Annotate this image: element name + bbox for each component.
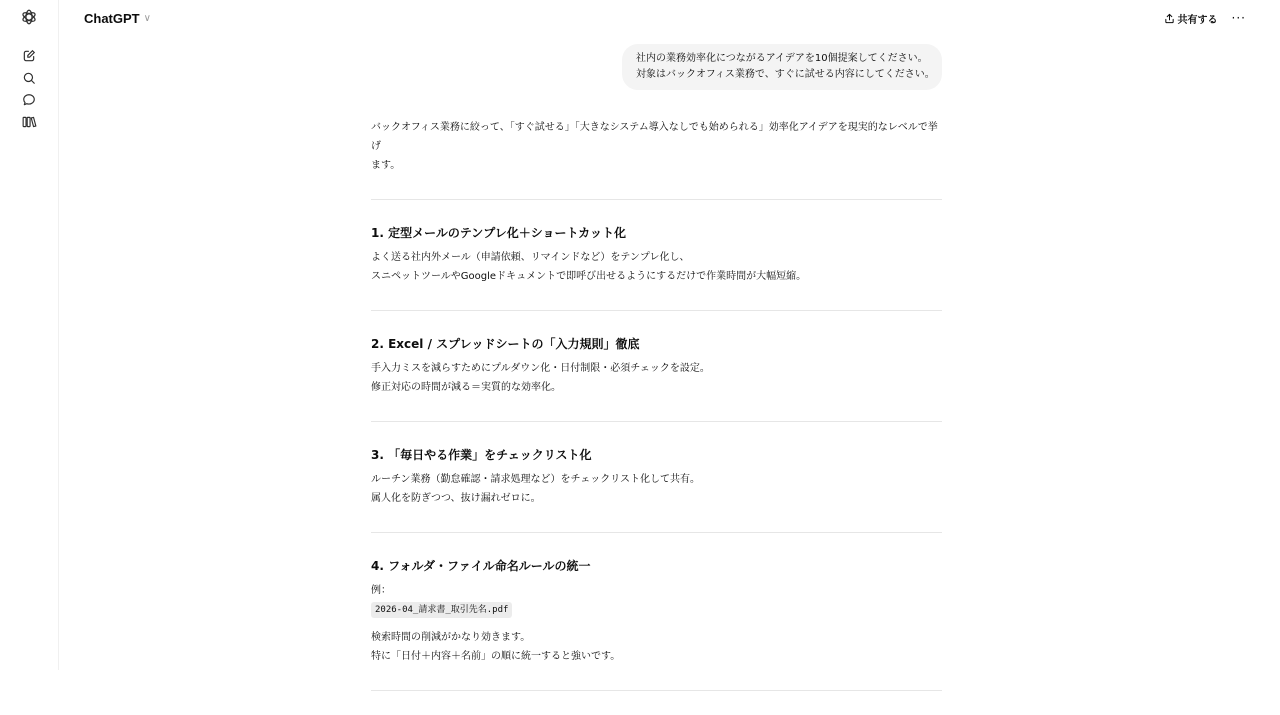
- idea-section-3: 3. 「毎日やる作業」をチェックリスト化 ルーチン業務（勤怠確認・請求処理など）…: [371, 446, 942, 508]
- idea-section-4: 4. フォルダ・ファイル命名ルールの統一 例： 2026-04_請求書_取引先名…: [371, 557, 942, 666]
- share-label: 共有する: [1178, 11, 1218, 26]
- model-label: ChatGPT: [84, 11, 140, 26]
- top-actions: 共有する ···: [1164, 0, 1246, 36]
- chat-bubble-icon[interactable]: [17, 88, 41, 112]
- library-icon[interactable]: [17, 110, 41, 134]
- section-line: スニペットツールやGoogleドキュメントで即呼び出せるようにするだけで作業時間…: [371, 267, 942, 286]
- divider: [371, 532, 942, 533]
- assistant-intro: バックオフィス業務に絞って、「すぐ試せる」「大きなシステム導入なしでも始められる…: [371, 118, 942, 175]
- divider: [371, 199, 942, 200]
- intro-line: バックオフィス業務に絞って、「すぐ試せる」「大きなシステム導入なしでも始められる…: [371, 118, 942, 156]
- section-line: 手入力ミスを減らすためにプルダウン化・日付制限・必須チェックを設定。: [371, 359, 942, 378]
- model-selector[interactable]: ChatGPT ∨: [84, 11, 151, 26]
- section-line: 属人化を防ぎつつ、抜け漏れゼロに。: [371, 489, 942, 508]
- idea-section-2: 2. Excel / スプレッドシートの「入力規則」徹底 手入力ミスを減らすため…: [371, 335, 942, 397]
- idea-section-1: 1. 定型メールのテンプレ化＋ショートカット化 よく送る社内外メール（申請依頼、…: [371, 224, 942, 286]
- openai-logo-icon[interactable]: [17, 5, 41, 29]
- section-title: 2. Excel / スプレッドシートの「入力規則」徹底: [371, 335, 942, 353]
- top-bar: ChatGPT ∨: [59, 0, 1280, 36]
- inline-code: 2026-04_請求書_取引先名.pdf: [371, 602, 512, 618]
- user-message-line: 対象はバックオフィス業務で、すぐに試せる内容にしてください。: [636, 67, 928, 83]
- section-title: 3. 「毎日やる作業」をチェックリスト化: [371, 446, 942, 464]
- section-line: 修正対応の時間が減る＝実質的な効率化。: [371, 378, 942, 397]
- divider: [371, 310, 942, 311]
- user-message-line: 社内の業務効率化につながるアイデアを10個提案してください。: [636, 51, 928, 67]
- assistant-message: バックオフィス業務に絞って、「すぐ試せる」「大きなシステム導入なしでも始められる…: [371, 118, 942, 670]
- section-line: 特に「日付＋内容＋名前」の順に統一すると強いです。: [371, 647, 942, 666]
- example-label: 例：: [371, 581, 942, 600]
- section-line: ルーチン業務（勤怠確認・請求処理など）をチェックリスト化して共有。: [371, 470, 942, 489]
- divider: [371, 421, 942, 422]
- section-line: 検索時間の削減がかなり効きます。: [371, 628, 942, 647]
- user-message-row: 社内の業務効率化につながるアイデアを10個提案してください。 対象はバックオフィ…: [371, 44, 942, 90]
- share-icon: [1164, 13, 1175, 24]
- new-chat-icon[interactable]: [17, 44, 41, 68]
- sidebar: [0, 0, 59, 670]
- more-options-button[interactable]: ···: [1232, 11, 1246, 25]
- section-line: よく送る社内外メール（申請依頼、リマインドなど）をテンプレ化し、: [371, 248, 942, 267]
- search-icon[interactable]: [17, 66, 41, 90]
- chevron-down-icon: ∨: [144, 13, 151, 24]
- intro-line: ます。: [371, 156, 942, 175]
- conversation: 社内の業務効率化につながるアイデアを10個提案してください。 対象はバックオフィ…: [371, 44, 942, 670]
- user-message-bubble: 社内の業務効率化につながるアイデアを10個提案してください。 対象はバックオフィ…: [622, 44, 942, 90]
- section-title: 4. フォルダ・ファイル命名ルールの統一: [371, 557, 942, 575]
- share-button[interactable]: 共有する: [1164, 11, 1218, 26]
- section-title: 1. 定型メールのテンプレ化＋ショートカット化: [371, 224, 942, 242]
